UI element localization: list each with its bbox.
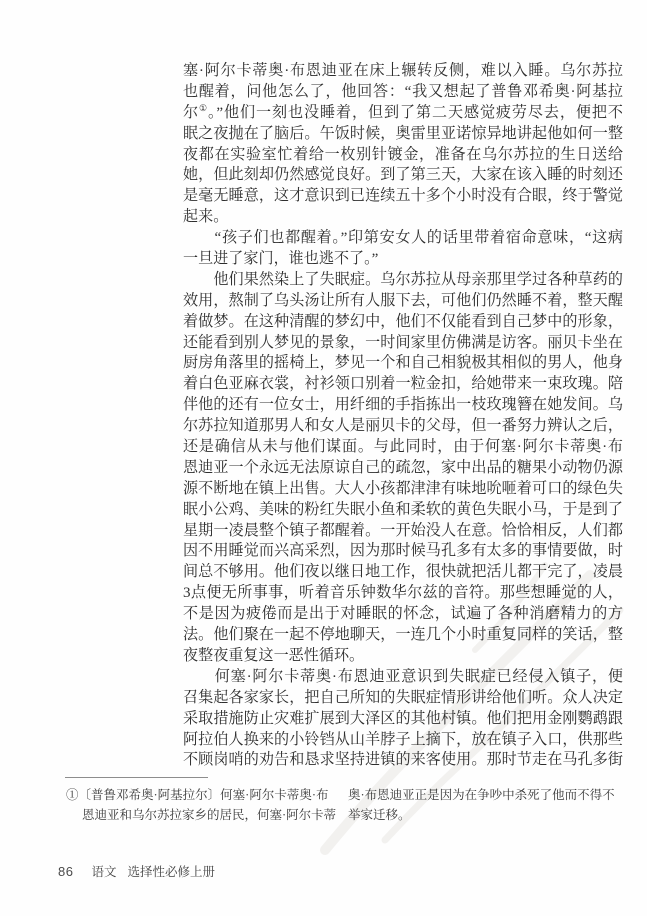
footer-subject-label: 语文 — [91, 862, 116, 880]
text-line: 起来。 — [183, 207, 623, 228]
text-line: 她，但此刻却仍然感觉良好。到了第三天，大家在该入睡的时刻还 — [183, 165, 623, 186]
text-line: 厨房角落里的摇椅上，梦见一个和自己相貌极其相似的男人，他身 — [183, 353, 623, 374]
text-line: 夜整夜重复这一恶性循环。 — [183, 646, 623, 667]
text-line: 夜都在实验室忙着给一枚别针镀金，准备在乌尔苏拉的生日送给 — [183, 145, 623, 166]
footer-book-title: 选择性必修上册 — [127, 862, 215, 880]
text-line: 着做梦。在这种清醒的梦幻中，他们不仅能看到自己梦中的形象， — [183, 312, 623, 333]
text-line: 不是因为疲倦而是出于对睡眠的怀念，试遍了各种消磨精力的方 — [183, 604, 623, 625]
text-line: 他们果然染上了失眠症。乌尔苏拉从母亲那里学过各种草药的 — [183, 270, 623, 291]
text-line: 采取措施防止灾难扩展到大泽区的其他村镇。他们把用金刚鹦鹉跟 — [183, 709, 623, 730]
footnote-line: 奥·布恩迪亚正是因为在争吵中杀死了他而不得不 — [348, 786, 630, 806]
footnote-line: 举家迁移。 — [348, 806, 630, 826]
text-line: 因不用睡觉而兴高采烈，因为那时候马孔多有太多的事情要做，时 — [183, 541, 623, 562]
text-line: 源不断地在镇上出售。大人小孩都津津有味地吮咂着可口的绿色失 — [183, 479, 623, 500]
footnote-line: ①〔普鲁邓希奥·阿基拉尔〕何塞·阿尔卡蒂奥·布 — [66, 786, 358, 806]
text-line: 眠之夜抛在了脑后。午饭时候，奥雷里亚诺惊异地讲起他如何一整 — [183, 124, 623, 145]
text-line: 何塞·阿尔卡蒂奥·布恩迪亚意识到失眠症已经侵入镇子，便 — [183, 667, 623, 688]
text-line: 塞·阿尔卡蒂奥·布恩迪亚在床上辗转反侧，难以入睡。乌尔苏拉 — [183, 61, 623, 82]
footnote-reference-mark: ① — [199, 103, 208, 113]
text-line: 还是确信从未与他们谋面。与此同时，由于何塞·阿尔卡蒂奥·布 — [183, 437, 623, 458]
text-line: 恩迪亚一个永远无法原谅自己的疏忽，家中出品的糖果小动物仍源 — [183, 458, 623, 479]
main-text-block: 塞·阿尔卡蒂奥·布恩迪亚在床上辗转反侧，难以入睡。乌尔苏拉也醒着，问他怎么了，他… — [183, 61, 623, 771]
text-line: 也醒着，问他怎么了，他回答：“我又想起了普鲁邓希奥·阿基拉 — [183, 82, 623, 103]
text-line: 着白色亚麻衣裳，衬衫领口别着一粒金扣，给她带来一束玫瑰。陪 — [183, 374, 623, 395]
text-line: 召集起各家家长，把自己所知的失眠症情形讲给他们听。众人决定 — [183, 688, 623, 709]
text-line: 效用，熬制了乌头汤让所有人服下去，可他们仍然睡不着，整天醒 — [183, 291, 623, 312]
text-line: 尔①。”他们一刻也没睡着，但到了第二天感觉疲劳尽去，便把不 — [183, 103, 623, 124]
page-number: 86 — [58, 864, 73, 879]
text-line: 尔苏拉知道那男人和女人是丽贝卡的父母，但一番努力辨认之后， — [183, 416, 623, 437]
text-line: 法。他们聚在一起不停地聊天，一连几个小时重复同样的笑话，整 — [183, 625, 623, 646]
footnote-column-right: 奥·布恩迪亚正是因为在争吵中杀死了他而不得不举家迁移。 — [348, 786, 630, 825]
book-page: 塞·阿尔卡蒂奥·布恩迪亚在床上辗转反侧，难以入睡。乌尔苏拉也醒着，问他怎么了，他… — [0, 0, 647, 916]
text-line: 一旦进了家门，谁也逃不了。” — [183, 249, 623, 270]
footnote-column-left: ①〔普鲁邓希奥·阿基拉尔〕何塞·阿尔卡蒂奥·布恩迪亚和乌尔苏拉家乡的居民，何塞·… — [66, 786, 358, 825]
text-line: 眠小公鸡、美味的粉红失眠小鱼和柔软的黄色失眠小马，于是到了 — [183, 500, 623, 521]
text-line: 阿拉伯人换来的小铃铛从山羊脖子上摘下，放在镇子入口，供那些 — [183, 730, 623, 751]
page-footer: 86 语文 选择性必修上册 — [58, 862, 215, 880]
footnote-divider — [65, 777, 208, 778]
text-line: 间总不够用。他们夜以继日地工作，很快就把活儿都干完了，凌晨 — [183, 562, 623, 583]
text-line: 伴他的还有一位女士，用纤细的手指拣出一枝玫瑰簪在她发间。乌 — [183, 395, 623, 416]
footnote-line: 恩迪亚和乌尔苏拉家乡的居民，何塞·阿尔卡蒂 — [66, 806, 358, 826]
text-line: 3点便无所事事，听着音乐钟数华尔兹的音符。那些想睡觉的人， — [183, 583, 623, 604]
text-line: 不顾岗哨的劝告和恳求坚持进镇的来客使用。那时节走在马孔多街 — [183, 750, 623, 771]
text-line: “孩子们也都醒着。”印第安女人的话里带着宿命意味，“这病 — [183, 228, 623, 249]
text-line: 星期一凌晨整个镇子都醒着。一开始没人在意。恰恰相反，人们都 — [183, 521, 623, 542]
text-line: 还能看到别人梦见的景象，一时间家里仿佛满是访客。丽贝卡坐在 — [183, 333, 623, 354]
text-line: 是毫无睡意，这才意识到已连续五十多个小时没有合眼，终于警觉 — [183, 186, 623, 207]
